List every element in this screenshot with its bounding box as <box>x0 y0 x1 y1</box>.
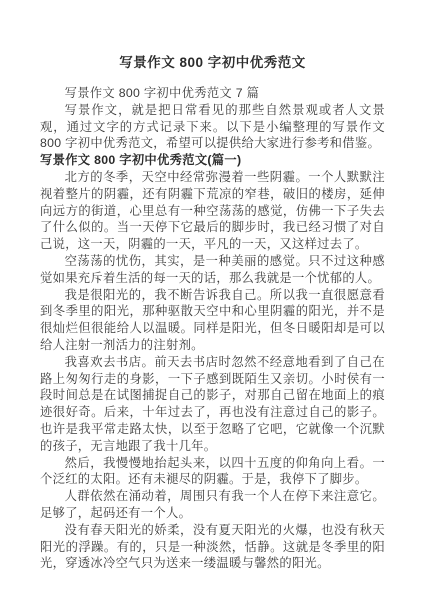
body-paragraph: 没有春天阳光的娇柔，没有夏天阳光的火爆，也没有秋天阳光的浮躁。有的，只是一种淡然… <box>40 522 385 572</box>
body-paragraph: 人群依然在涌动着，周围只有我一个人在停下来注意它。足够了，起码还有一个人。 <box>40 488 385 522</box>
body-paragraph: 我是很阳光的，我不断告诉我自己。所以我一直很愿意看到冬季里的阳光，那种驱散天空中… <box>40 287 385 354</box>
body-paragraph: 我喜欢去书店。前天去书店时忽然不经意地看到了自己在路上匆匆行走的身影，一下子感到… <box>40 354 385 455</box>
body-paragraph: 空荡荡的忧伤，其实，是一种美丽的感觉。只不过这种感觉如果充斥着生活的每一天的话，… <box>40 253 385 287</box>
body-paragraph: 北方的冬季，天空中经常弥漫着一些阴霾。一个人默默注视着整片的阴霾，还有阴霾下荒凉… <box>40 169 385 253</box>
document-page: 写景作文 800 字初中优秀范文 写景作文 800 字初中优秀范文 7 篇 写景… <box>0 0 424 600</box>
body-paragraph: 然后，我慢慢地抬起头来，以四十五度的仰角向上看。一个泛红的太阳。还有未褪尽的阴霾… <box>40 455 385 489</box>
intro-paragraph: 写景作文，就是把日常看见的那些自然景观或者人文景观，通过文字的方式记录下来。以下… <box>40 102 385 152</box>
document-title: 写景作文 800 字初中优秀范文 <box>40 54 385 71</box>
section-heading: 写景作文 800 字初中优秀范文(篇一) <box>40 152 385 169</box>
intro-paragraph: 写景作文 800 字初中优秀范文 7 篇 <box>40 85 385 102</box>
